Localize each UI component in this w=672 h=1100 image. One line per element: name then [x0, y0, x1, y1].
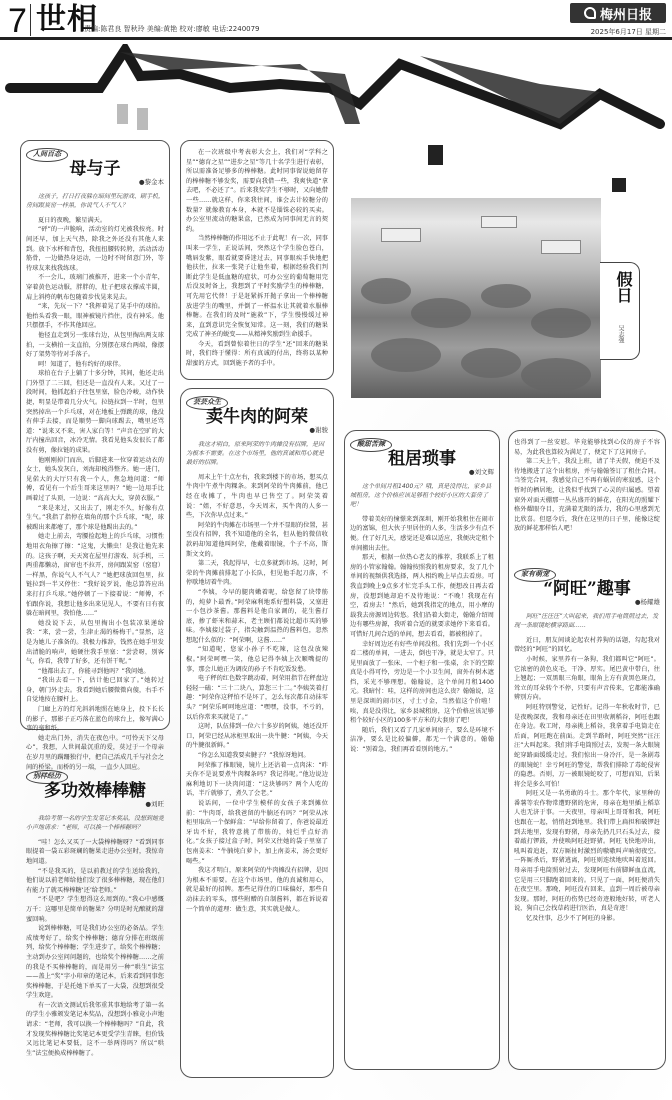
- article-lead: 我这才明白，原来阿荣的牛肉摊没有招牌，是因为根本不需要。在这个市场里，他的真诚和…: [186, 440, 328, 467]
- paragraph: “哇！怎么又买了一大袋棒棒糖呀？”看到同事眼提着一袋五彩斑斓的糖果走进办公室时，…: [26, 838, 164, 867]
- article-body: 周末上午十点左右，我来到楼下的市场，想买点牛肉中午煮牛肉粿条。来到阿荣的牛肉摊前…: [186, 473, 328, 914]
- article-title: 租居琐事: [350, 455, 494, 465]
- paragraph: “砰”的一声脆响，活动室的灯光被我按亮。时间还早，加上天气热，除我之外还没有其他…: [26, 225, 164, 273]
- article-lead: 这个单间月租1400元？哦，真是没得比，家乡县城租房，这个价格应该足够租个较好小…: [350, 482, 494, 509]
- paragraph: 小时候，家里养有一条狗，我们都叫它“阿旺”。它浓密的黄色皮毛，干净、厚实。尾巴黄…: [514, 655, 660, 703]
- paragraph: “知道呢，您家小孙子不吃辣，这包没放辣椒。”阿荣呵嘿一笑，他总记得李姨上次顺嘴提…: [186, 645, 328, 674]
- paragraph: “李姨，今早的腿肉嫩着呢，给您留了块带筋的，炖萝卜最香。”阿荣麻利地系好塑料袋，…: [186, 588, 328, 646]
- lotus-leaf: [481, 284, 531, 308]
- article-body: 在一次班级中考表彰大会上，我们对“学科之星”“德育之星”“进步之星”等几十名学生…: [186, 148, 328, 369]
- window-block-1: [117, 104, 128, 124]
- article-author: ●谢骏: [186, 426, 328, 436]
- boat-1: [381, 228, 421, 242]
- paragraph: “来是来过，又出去了，刚走不久，好像有点生气。”我指了指停在墙角的那个乒乓球，“…: [26, 504, 164, 533]
- article-title: 母与子: [26, 165, 164, 175]
- paragraph: 她没说下去，从包里掏出小包装凉果递给我：“来，尝一尝，生津止渴的杨梅干。”显然，…: [26, 619, 164, 667]
- article-body: 近日，朋友间谈论起农村养狗的话题，勾起我对曾经的“阿旺”的回忆。 小时候，家里养…: [514, 636, 660, 924]
- paragraph: “来，先玩一下？”我挥着晃了晃手中的球拍。他抬头看我一眼，眼神被镜片挡住，没有神…: [26, 302, 164, 331]
- paragraph: 他刚刚掉门而出，后脚进来一位穿着运动衣的女士，她头发灰白，刘海却梳得整齐。她一进…: [26, 456, 164, 504]
- lotus-leaf: [361, 278, 411, 304]
- article-mother-son: 人间百态 母与子 ●黎金本 这孩子，打日打夜躲在暗间里玩游戏、刷手机，房间跟炭窑…: [26, 148, 164, 772]
- window-block-4: [612, 178, 626, 192]
- article-lead: 阿旺“汪汪汪”大叫起来，我们用手电筒照过去，发现一条眼镜蛇横穿路面……: [514, 612, 660, 630]
- article-lead: 我给考第一名的学生发笔记本奖品，没想到她竟小声地请求：“老师，可以换一个棒棒糖吗…: [26, 814, 164, 832]
- lotus-leaf: [521, 358, 591, 392]
- article-lollipop-continued: 在一次班级中考表彰大会上，我们对“学科之星”“德育之星”“进步之星”等几十名学生…: [186, 148, 328, 376]
- article-title: “阿旺”趣事: [514, 585, 660, 595]
- paragraph: 带着美好的憧憬来到深圳，刚开始我租住在闹市边的富锦，但大伙子里居住的人多，生活多…: [350, 515, 494, 553]
- article-body: 夏日的夜晚，繁星满天。 “砰”的一声脆响，活动室的灯光被我按亮。时间还早，加上天…: [26, 216, 164, 772]
- paragraph: 阿旺特别警觉，记性好。记得一年秋收时节，已是夜晚深夜，我和母亲还在田里收割稻谷，…: [514, 703, 660, 789]
- paragraph: 说到棒棒糖，可是我们办公室的必备品。学生成绩考好了，给奖个棒棒糖；德育分排在班级…: [26, 924, 164, 1001]
- editor-credits: 责编:陈君良 智秋玲 美编:黄艳 校对:廖敏 电话:2240079: [84, 24, 260, 34]
- paragraph: 有一次语文测试后我邻重其事地给考了第一名的学生小雅颁发笔记本奖品，没想到小雅竟小…: [26, 1001, 164, 1059]
- paragraph: 这时，队伍排到一位六十多岁的阿姨，她还没开口，阿荣已经从冰柜里取出一块牛腱：“阿…: [186, 722, 328, 751]
- side-feature-label: 假日 吴志强: [600, 262, 640, 360]
- paragraph: “我出去看一下，估计他已回家了。”她转过身，朝门外走去。我看到她后腰微微向傻，右…: [26, 676, 164, 705]
- paragraph: “他都出去了，你能寻到他吗？”我问她。: [26, 667, 164, 677]
- paragraph: “不是吧？学生想得这么周到的。”我心中感慨万千：这哪里是简单的糖果？分明是时光酿…: [26, 895, 164, 924]
- article-body: 带着美好的憧憬来到深圳，刚开始我租住在闹市边的富锦，但大伙子里居住的人多，生活多…: [350, 515, 494, 755]
- paragraph: “不是我买的，是以前教过的学生送给我的，他们说以前老师给他们发了很多棒棒糖，现在…: [26, 867, 164, 896]
- article-body: 也得到了一丝安慰。毕竟能够找到心仪的房子不容易，为此我也算较为满足了，便定下了这…: [514, 438, 660, 534]
- paragraph: 阿旺又是一名勇敢的斗士。那个年代，家里种的番薯等农作物常遭野猪的危害，母亲在地里…: [514, 789, 660, 914]
- lotus-pond-photo: [351, 198, 601, 398]
- paragraph: 第二天上午，我没上班，请了半天假，便迫不及待地搬进了这个出租房，并与翰翰签订了租…: [514, 457, 660, 534]
- page-number: 7: [8, 4, 27, 38]
- article-beef-seller: 芸芸众生 卖牛肉的阿荣 ●谢骏 我这才明白，原来阿荣的牛肉摊没有招牌，是因为根本…: [186, 396, 328, 1072]
- paragraph: 第二天，我起得早，七点多就到市场。这时，阿荣的牛肉摊前排起了小长队，但见他手起刀…: [186, 559, 328, 588]
- article-lollipop: 别样经历 多功效棒棒糖 ●刘旺 我给考第一名的学生发笔记本奖品，没想到她竟小声地…: [26, 770, 164, 1090]
- paragraph: 我这才明白，原来阿荣的牛肉摊没有招牌，是因为根本不需要。在这个市场里，他的真诚和…: [186, 866, 328, 914]
- article-title: 卖牛肉的阿荣: [186, 413, 328, 423]
- article-renting-continued: 也得到了一丝安慰。毕竟能够找到心仪的房子不容易，为此我也算较为满足了，便定下了这…: [514, 438, 660, 534]
- paragraph: 夏日的夜晚，繁星满天。: [26, 216, 164, 226]
- paragraph: 阿荣的牛肉摊在市场里一个并不显眼的位置，甚至没有招牌，我不知道他的全名，但从他的…: [186, 521, 328, 559]
- boat-3: [541, 240, 581, 254]
- lotus-leaf: [531, 308, 591, 338]
- side-feature-title: 假日: [612, 271, 635, 303]
- paragraph: 他径直走到另一张球台边，从包里掏出两支球拍，一支横拍一支直拍，分别摆在球台两端，…: [26, 331, 164, 360]
- lotus-leaf: [461, 348, 521, 378]
- paragraph: 那天，根据一位热心老友的推荐，我联系上了租房的小管家翰翰。翰翰按照我的租房要求，…: [350, 553, 494, 639]
- paragraph: 近日，朋友间谈论起农村养狗的话题，勾起我对曾经的“阿旺”的回忆。: [514, 636, 660, 655]
- paragraph: 也得到了一丝安慰。毕竟能够找到心仪的房子不容易，为此我也算较为满足了，便定下了这…: [514, 438, 660, 457]
- article-body: “哇！怎么又买了一大袋棒棒糖呀？”看到同事眼提着一袋五彩斑斓的糖果走进办公室时，…: [26, 838, 164, 1059]
- issue-date: 2025年6月17日 星期二: [591, 27, 666, 37]
- paragraph: 门廊上方的灯光斜斜地照在她身上，投下长长的影子，那影子正巧落在蓝色的球台上，像写…: [26, 705, 164, 734]
- article-author: ●刘旺: [26, 800, 164, 810]
- paragraph: 当然棒棒糖的作用远不止于此呢！有一次，同事叫来一学生，正说话间，突然这个学生脸色…: [186, 234, 328, 340]
- column-tag: 人间百态: [26, 148, 68, 162]
- article-author: ●黎金本: [26, 178, 164, 188]
- roof-eave-icon: [0, 44, 672, 144]
- paragraph: 周末上午十点左右，我来到楼下的市场，想买点牛肉中午煮牛肉粿条。来到阿荣的牛肉摊前…: [186, 473, 328, 521]
- paragraph: 她走上前去，弯腰捡起地上的乒乓球，习惯性地用衣角擦了擦：“这鬼，大懒虫！是我让他…: [26, 532, 164, 618]
- page-header: 7 世相 责编:陈君良 智秋玲 美编:黄艳 校对:廖敏 电话:2240079 梅…: [0, 0, 672, 40]
- window-block-2: [137, 108, 148, 130]
- paragraph: 幸好周边还有好些单间没租。我们先到一个小区看二楼的单间，一进去，倒也干净，就是太…: [350, 640, 494, 726]
- paragraph: 电子秤的红色数字跳动着，阿荣用指节在秤盘边轻轻一磕：“三十二块八，算您三十二。”…: [186, 674, 328, 722]
- paragraph: 忆及往事，总少不了阿旺的身影。: [514, 914, 660, 924]
- paragraph: 不一会儿，玻璃门被推开，进来一个小青年，穿着黄色运动服，胖胖的，肚子把球衣撑成半…: [26, 273, 164, 302]
- paragraph: 今天，看到曾惊着往日的学生“还”回来的糖果时，我们终于懂得：所有真诚的付出，终将…: [186, 340, 328, 369]
- lotus-leaf: [411, 298, 471, 328]
- column-tag: 酸甜苦辣: [350, 438, 392, 452]
- article-lead: 这孩子，打日打夜躲在暗间里玩游戏、刷手机，房间跟炭窑一样黑，你说气人不气人？: [26, 192, 164, 210]
- paragraph: 随后，我们又看了几家单间房子，要么是环境不洁净，要么是比较偏僻，都无一个满意的。…: [350, 726, 494, 755]
- paragraph: 呵！知道了，他有约好的球伴。: [26, 360, 164, 370]
- article-renting: 酸甜苦辣 租居琐事 ●刘文辉 这个单间月租1400元？哦，真是没得比，家乡县城租…: [350, 438, 494, 1064]
- roof-illustration: [0, 44, 672, 144]
- paragraph: 在一次班级中考表彰大会上，我们对“学科之星”“德育之星”“进步之星”等几十名学生…: [186, 148, 328, 234]
- paragraph: 说话间，一位中学生模样的女孩子来到摊位前：“牛肉哥，给我爸留的牛腩还有吗？”阿荣…: [186, 799, 328, 866]
- lotus-leaf: [371, 338, 441, 372]
- side-feature-author: 吴志强: [616, 325, 625, 343]
- header-divider: [30, 4, 31, 36]
- paragraph: “你怎么知道我要卖腱子？”我惊讶地问。: [186, 751, 328, 761]
- article-author: ●刘文辉: [350, 468, 494, 478]
- boat-2: [481, 216, 517, 228]
- paragraph: 阿荣推了推眼镜，镜片上还沾着一点肉沫：“昨天你不是说要煮牛肉粿条吗？我记得呢。”…: [186, 761, 328, 799]
- plum-logo-icon: [584, 7, 596, 19]
- article-title: 多功效棒棒糖: [26, 787, 164, 797]
- newspaper-name: 梅州日报: [600, 4, 652, 23]
- window-block-3: [428, 145, 443, 165]
- article-dog-awang: 家有萌宠 “阿旺”趣事 ●杨耀雄 阿旺“汪汪汪”大叫起来，我们用手电筒照过去，发…: [514, 568, 660, 1068]
- newspaper-logo: 梅州日报: [570, 3, 666, 23]
- paragraph: 球拍在台子上躺了十多分钟，其间，他还走出门外望了二三回，但还是一直没有人来。又过…: [26, 369, 164, 455]
- article-author: ●杨耀雄: [514, 598, 660, 608]
